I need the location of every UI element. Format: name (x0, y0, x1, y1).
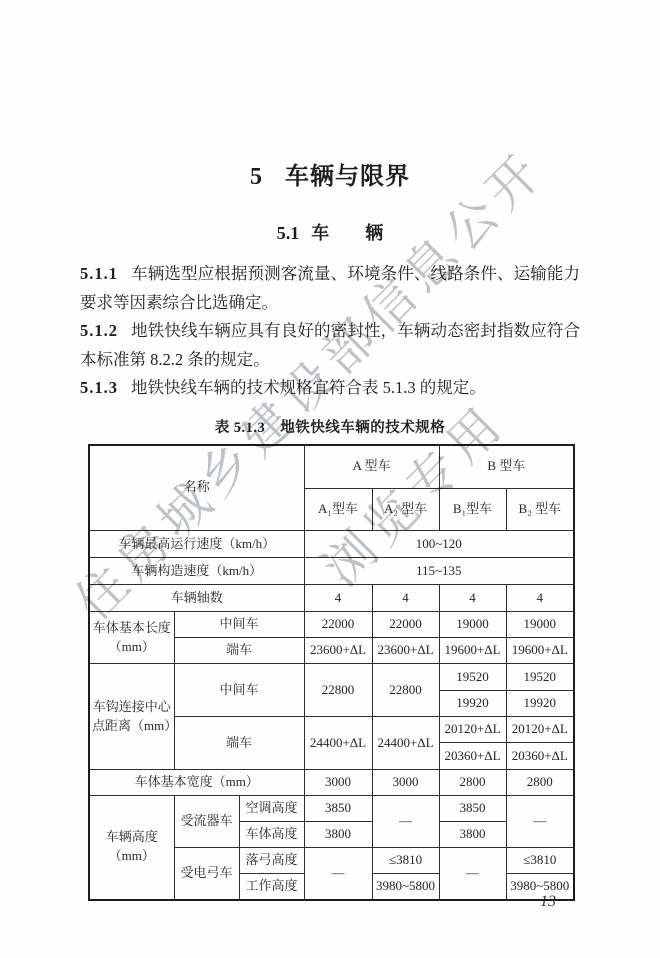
cell-body-height-a1: 3800 (304, 822, 372, 848)
page-content: 5车辆与限界 5.1车 辆 5.1.1车辆选型应根据预测客流量、环境条件、线路条… (80, 160, 580, 901)
cell-down-height-label: 落弓高度 (239, 848, 304, 874)
cell-body-length-mid-b2: 19000 (506, 612, 574, 638)
document-page: 住房城乡建设部信息公开 浏览专用 5车辆与限界 5.1车 辆 5.1.1车辆选型… (0, 0, 660, 958)
cell-coupler-end-b1-bottom: 20360+ΔL (439, 743, 506, 770)
cell-width-a2: 3000 (372, 770, 439, 796)
cell-body-length-end-b2: 19600+ΔL (506, 638, 574, 664)
cell-ac-height-a1: 3850 (304, 796, 372, 822)
cell-body-height-label: 车体高度 (239, 822, 304, 848)
cell-sub-b2: B₂ 型车 (506, 489, 574, 531)
cell-body-height-b1: 3800 (439, 822, 506, 848)
cell-width-b2: 2800 (506, 770, 574, 796)
cell-group-a: A 型车 (304, 445, 439, 489)
cell-down-height-b1: — (439, 848, 506, 900)
cell-coupler-end-a2: 24400+ΔL (372, 717, 439, 770)
cell-sub-b1: B₁型车 (439, 489, 506, 531)
clause-list: 5.1.1车辆选型应根据预测客流量、环境条件、线路条件、运输能力要求等因素综合比… (80, 260, 580, 403)
cell-body-length-mid-a1: 22000 (304, 612, 372, 638)
section-number: 5.1 (277, 223, 300, 243)
cell-coupler-mid-b1-top: 19520 (439, 664, 506, 691)
cell-ac-height-b1: 3850 (439, 796, 506, 822)
cell-width-a1: 3000 (304, 770, 372, 796)
cell-coupler-mid-b2-top: 19520 (506, 664, 574, 691)
cell-width-b1: 2800 (439, 770, 506, 796)
clause-number: 5.1.2 (80, 321, 118, 340)
chapter-number: 5 (250, 164, 263, 190)
cell-width-label: 车体基本宽度（mm） (89, 770, 304, 796)
clause-5-1-3: 5.1.3地铁快线车辆的技术规格宜符合表 5.1.3 的规定。 (80, 374, 580, 403)
chapter-heading: 5车辆与限界 (80, 160, 580, 194)
cell-group-b: B 型车 (439, 445, 574, 489)
cell-down-height-b2: ≤3810 (506, 848, 574, 874)
cell-work-height-b2: 3980~5800 (506, 874, 574, 900)
cell-coupler-end-label: 端车 (174, 717, 304, 770)
cell-down-height-a1: — (304, 848, 372, 900)
cell-const-speed-label: 车辆构造速度（km/h） (89, 558, 304, 585)
cell-ac-height-label: 空调高度 (239, 796, 304, 822)
cell-coupler-mid-b2-bottom: 19920 (506, 691, 574, 717)
cell-coupler-end-b1-top: 20120+ΔL (439, 717, 506, 743)
cell-sub-a2: A₂ 型车 (372, 489, 439, 531)
table-caption: 表 5.1.3 地铁快线车辆的技术规格 (80, 416, 580, 437)
cell-coupler-mid-label: 中间车 (174, 664, 304, 717)
cell-down-height-a2: ≤3810 (372, 848, 439, 874)
cell-axles-a2: 4 (372, 585, 439, 612)
cell-max-speed-label: 车辆最高运行速度（km/h） (89, 531, 304, 558)
cell-work-height-a2: 3980~5800 (372, 874, 439, 900)
cell-coupler-label: 车钩连接中心点距离（mm） (89, 664, 174, 770)
section-heading: 5.1车 辆 (80, 220, 580, 246)
cell-coupler-mid-a2: 22800 (372, 664, 439, 717)
cell-axles-b1: 4 (439, 585, 506, 612)
cell-collector-label: 受流器车 (174, 796, 239, 848)
clause-5-1-1: 5.1.1车辆选型应根据预测客流量、环境条件、线路条件、运输能力要求等因素综合比… (80, 260, 580, 317)
cell-const-speed-value: 115~135 (304, 558, 574, 585)
cell-body-length-end-b1: 19600+ΔL (439, 638, 506, 664)
cell-coupler-end-b2-top: 20120+ΔL (506, 717, 574, 743)
cell-ac-height-b2: — (506, 796, 574, 848)
cell-axles-label: 车辆轴数 (89, 585, 304, 612)
cell-pantograph-label: 受电弓车 (174, 848, 239, 900)
vehicle-spec-table: 名称 A 型车 B 型车 A₁型车 A₂ 型车 B₁型车 B₂ 型车 车辆最高运… (88, 444, 575, 901)
cell-body-length-end-label: 端车 (174, 638, 304, 664)
clause-text: 地铁快线车辆的技术规格宜符合表 5.1.3 的规定。 (131, 378, 486, 397)
cell-coupler-end-b2-bottom: 20360+ΔL (506, 743, 574, 770)
cell-max-speed-value: 100~120 (304, 531, 574, 558)
cell-ac-height-a2: — (372, 796, 439, 848)
cell-coupler-mid-a1: 22800 (304, 664, 372, 717)
cell-name-header: 名称 (89, 445, 304, 531)
clause-number: 5.1.3 (80, 378, 118, 397)
cell-axles-a1: 4 (304, 585, 372, 612)
cell-body-length-mid-b1: 19000 (439, 612, 506, 638)
cell-coupler-mid-b1-bottom: 19920 (439, 691, 506, 717)
cell-body-length-mid-a2: 22000 (372, 612, 439, 638)
clause-text: 地铁快线车辆应具有良好的密封性，车辆动态密封指数应符合本标准第 8.2.2 条的… (80, 321, 580, 369)
clause-text: 车辆选型应根据预测客流量、环境条件、线路条件、运输能力要求等因素综合比选确定。 (80, 264, 580, 312)
cell-coupler-end-a1: 24400+ΔL (304, 717, 372, 770)
cell-axles-b2: 4 (506, 585, 574, 612)
cell-body-length-mid-label: 中间车 (174, 612, 304, 638)
cell-body-length-label: 车体基本长度（mm） (89, 612, 174, 664)
cell-work-height-label: 工作高度 (239, 874, 304, 900)
clause-5-1-2: 5.1.2地铁快线车辆应具有良好的密封性，车辆动态密封指数应符合本标准第 8.2… (80, 317, 580, 374)
section-title: 车 辆 (311, 223, 383, 243)
clause-number: 5.1.1 (80, 264, 118, 283)
cell-body-length-end-a2: 23600+ΔL (372, 638, 439, 664)
cell-sub-a1: A₁型车 (304, 489, 372, 531)
cell-body-length-end-a1: 23600+ΔL (304, 638, 372, 664)
chapter-title: 车辆与限界 (285, 164, 410, 190)
cell-height-label: 车辆高度（mm） (89, 796, 174, 900)
